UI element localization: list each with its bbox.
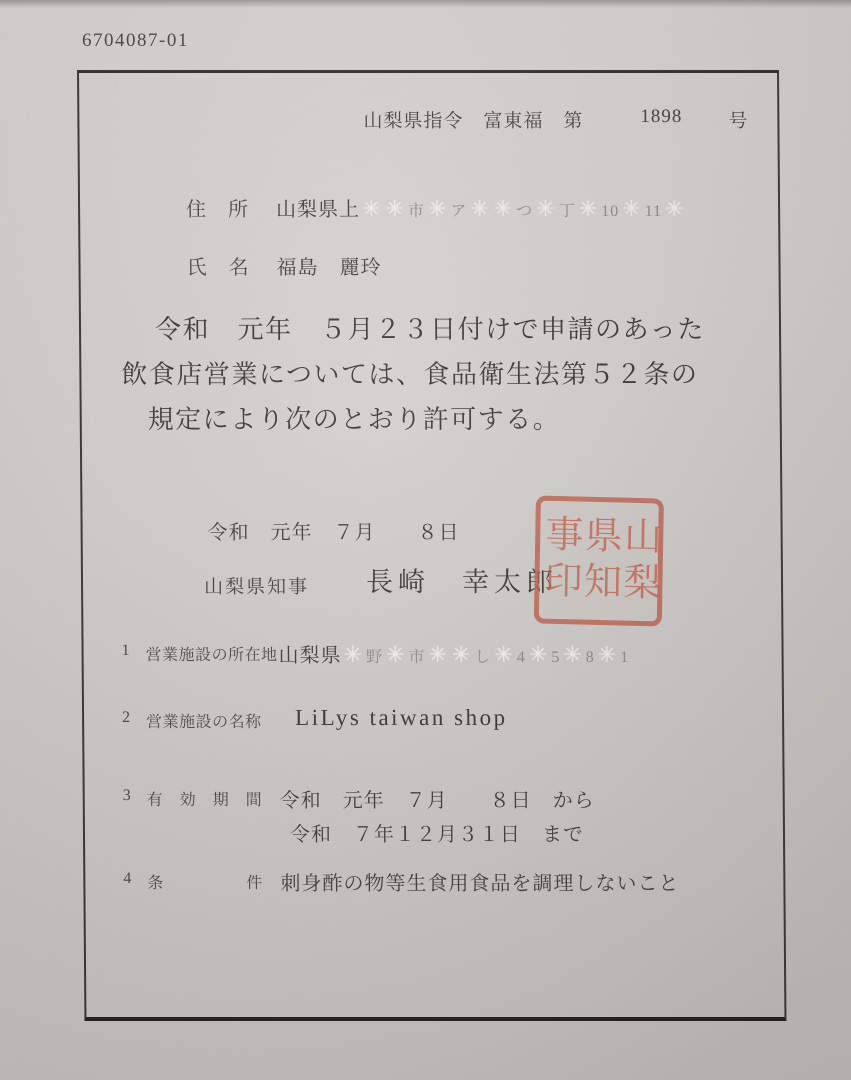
redaction-glimpse-char: ア: [450, 203, 467, 220]
directive-text: 山梨県指令 富東福 第: [363, 106, 583, 133]
governor-name: 長崎 幸太郎: [366, 560, 558, 599]
redaction-glimpse-char: 野: [366, 649, 383, 666]
redaction-mark: ✳: [428, 643, 448, 668]
redaction-glimpse-char: し: [474, 649, 491, 666]
address-redaction-marks: ✳✳市✳ア✳✳つ✳丁✳10✳11✳: [360, 197, 687, 222]
redaction-glimpse-char: 5: [551, 649, 560, 666]
seal-column-right: 山梨: [618, 516, 658, 609]
redaction-mark: ✳: [344, 643, 364, 668]
address-value: 山梨県上✳✳市✳ア✳✳つ✳丁✳10✳11✳: [276, 193, 687, 222]
redaction-mark: ✳: [622, 197, 642, 222]
redaction-mark: ✳: [665, 197, 685, 222]
redaction-mark: ✳: [563, 643, 583, 668]
redaction-mark: ✳: [428, 197, 448, 222]
directive-counter: 号: [728, 106, 748, 133]
redaction-mark: ✳: [529, 643, 549, 668]
address-prefix: 山梨県上: [276, 199, 360, 221]
redaction-mark: ✳: [494, 643, 514, 668]
address-label: 住 所: [186, 193, 249, 222]
item-value-validity-to: 令和 ７年１２月３１日 まで: [290, 818, 584, 847]
issue-date: 令和 元年 ７月 ８日: [208, 516, 460, 545]
item-label: 営業施設の所在地: [145, 642, 277, 665]
redaction-mark: ✳: [386, 643, 406, 668]
redaction-mark: ✳: [494, 197, 514, 222]
redaction-mark: ✳: [362, 197, 382, 222]
redaction-glimpse-char: 8: [586, 649, 595, 666]
redaction-glimpse-char: 1: [620, 649, 629, 666]
directive-number: 1898: [640, 106, 682, 128]
body-line-3: 規定により次のとおり許可する。: [148, 399, 561, 436]
redaction-mark: ✳: [385, 197, 405, 222]
redaction-mark: ✳: [536, 197, 556, 222]
item-label: 営業施設の名称: [146, 709, 262, 732]
item-value-location: 山梨県✳野✳市✳✳し✳4✳5✳8✳1: [278, 639, 630, 668]
redaction-mark: ✳: [470, 197, 490, 222]
document-photo: 6704087-01 山梨県指令 富東福 第 1898 号 住 所 山梨県上✳✳…: [0, 0, 851, 1080]
redaction-glimpse-char: 市: [408, 649, 425, 666]
body-line-2: 飲食店営業については、食品衛生法第５２条の: [121, 354, 698, 391]
body-line-1: 令和 元年 ５月２３日付けで申請のあった: [155, 309, 705, 346]
redaction-glimpse-char: つ: [516, 203, 533, 220]
redaction-mark: ✳: [579, 197, 599, 222]
item-label: 条 件: [147, 870, 263, 893]
doc-serial-number: 6704087-01: [82, 30, 189, 52]
item-value-shop-name: LiLys taiwan shop: [295, 705, 508, 731]
item-number: 3: [123, 787, 131, 805]
item-number: 2: [122, 709, 130, 727]
location-redaction-marks: ✳野✳市✳✳し✳4✳5✳8✳1: [342, 643, 631, 668]
item-number: 1: [121, 642, 129, 660]
name-value: 福島 麗玲: [276, 251, 381, 280]
redaction-mark: ✳: [452, 643, 472, 668]
border-frame: 山梨県指令 富東福 第 1898 号 住 所 山梨県上✳✳市✳ア✳✳つ✳丁✳10…: [77, 70, 786, 1021]
redaction-glimpse-char: 市: [408, 203, 425, 220]
redaction-glimpse-char: 11: [645, 203, 663, 220]
governor-seal-stamp: 山梨 県知 事印: [534, 495, 664, 626]
item-value-validity-from: 令和 元年 ７月 ８日 から: [280, 784, 595, 813]
seal-column-middle: 県知: [579, 515, 619, 608]
name-label: 氏 名: [186, 251, 249, 280]
item-number: 4: [123, 870, 131, 888]
item-label: 有 効 期 間: [147, 787, 263, 810]
location-prefix: 山梨県: [279, 645, 342, 667]
governor-title: 山梨県知事: [204, 572, 309, 599]
item-value-conditions: 刺身酢の物等生食用食品を調理しないこと: [280, 867, 679, 896]
redaction-mark: ✳: [598, 643, 618, 668]
seal-column-left: 事印: [540, 514, 580, 607]
redaction-glimpse-char: 丁: [559, 203, 576, 220]
redaction-glimpse-char: 10: [601, 203, 619, 220]
redaction-glimpse-char: 4: [517, 649, 526, 666]
